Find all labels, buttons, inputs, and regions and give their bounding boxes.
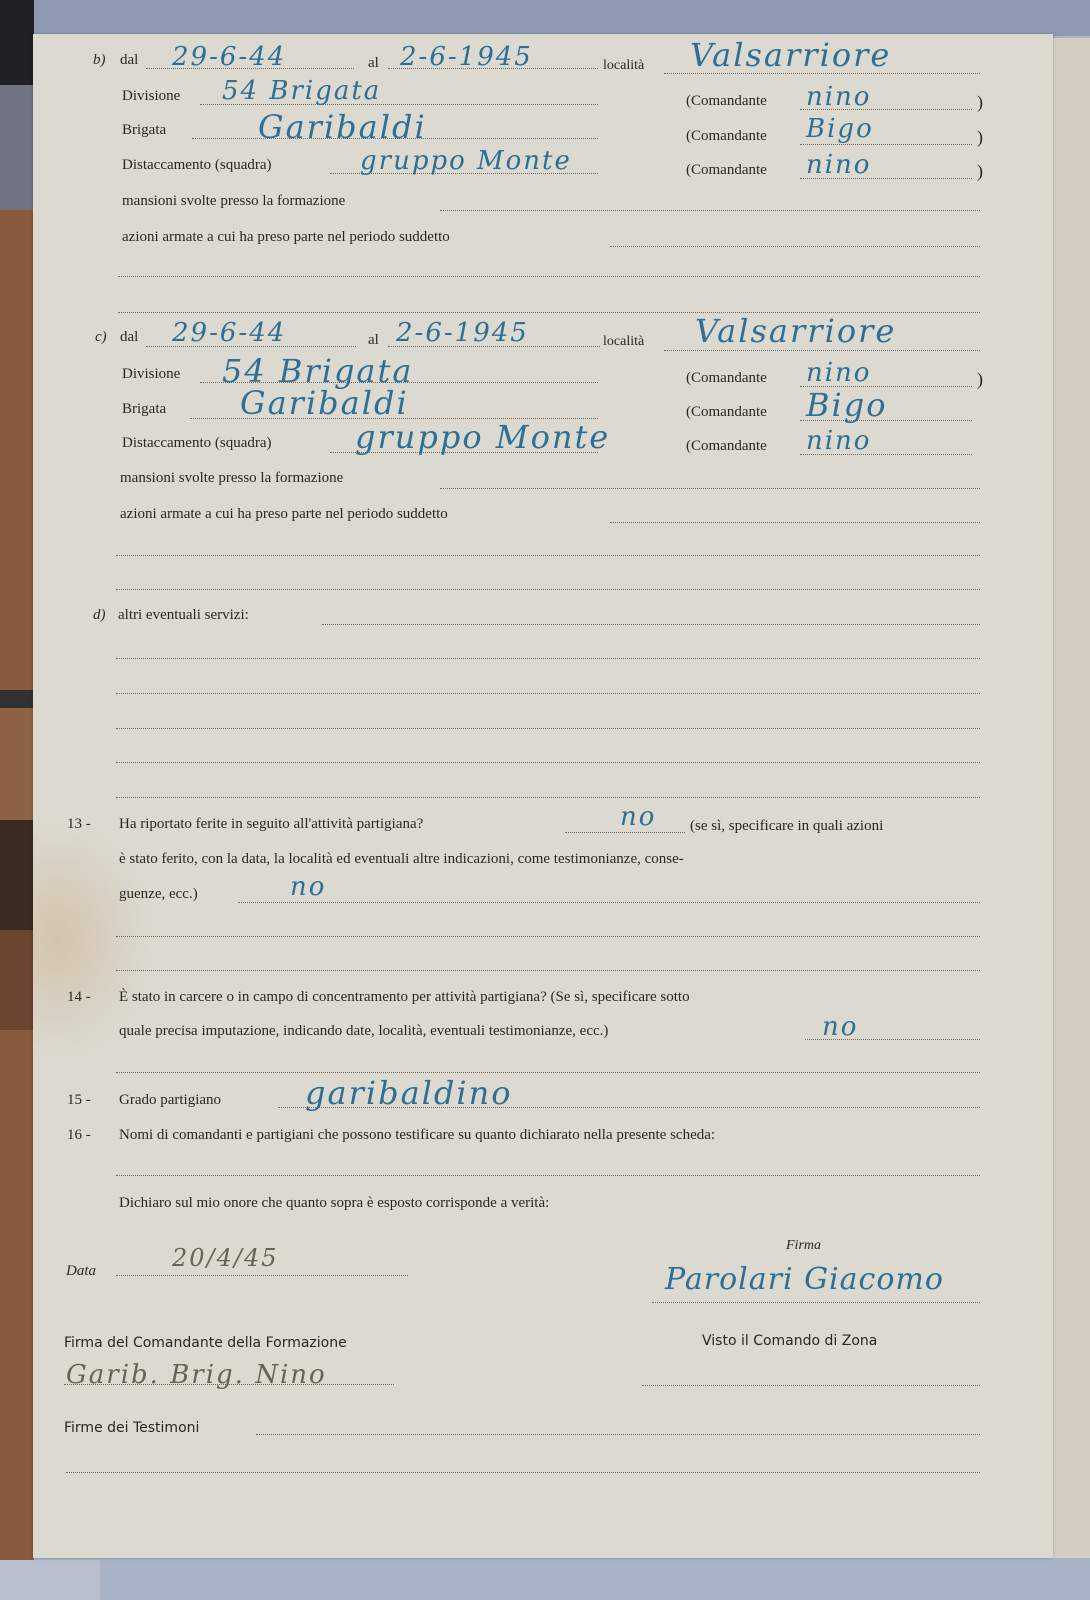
close-paren: ) xyxy=(977,161,983,182)
distaccamento-value[interactable]: gruppo Monte xyxy=(355,418,610,456)
al-value[interactable]: 2-6-1945 xyxy=(396,318,529,348)
testimoni-label: Firme dei Testimoni xyxy=(64,1420,199,1436)
section-letter: b) xyxy=(93,52,106,69)
divisione-label: Divisione xyxy=(122,366,180,383)
question-number: 13 - xyxy=(67,816,91,833)
azioni-label: azioni armate a cui ha preso parte nel p… xyxy=(122,229,450,246)
background-fabric xyxy=(0,85,34,210)
adjacent-page xyxy=(1052,38,1090,1558)
blank-line[interactable] xyxy=(116,555,980,556)
mansioni-field-line[interactable] xyxy=(440,210,980,211)
distaccamento-label: Distaccamento (squadra) xyxy=(122,435,272,452)
localita-field-line xyxy=(664,350,980,351)
localita-value[interactable]: Valsarriore xyxy=(690,36,891,74)
localita-value[interactable]: Valsarriore xyxy=(695,312,896,350)
brigata-label: Brigata xyxy=(122,122,166,139)
mansioni-label: mansioni svolte presso la formazione xyxy=(120,470,343,487)
divisione-label: Divisione xyxy=(122,88,180,105)
divisione-value[interactable]: 54 Brigata xyxy=(222,76,381,106)
blank-line[interactable] xyxy=(116,658,980,659)
book-binding xyxy=(0,1030,34,1560)
data-label: Data xyxy=(66,1263,96,1280)
answer-value[interactable]: no xyxy=(620,802,656,832)
comandante-brigata-value[interactable]: Bigo xyxy=(806,386,888,424)
blank-line[interactable] xyxy=(116,936,980,937)
book-binding xyxy=(0,708,34,820)
mansioni-label: mansioni svolte presso la formazione xyxy=(122,193,345,210)
blank-line[interactable] xyxy=(118,276,980,277)
blank-line[interactable] xyxy=(116,762,980,763)
section-letter: d) xyxy=(93,607,106,624)
dal-label: dal xyxy=(120,52,138,69)
question-text: quale precisa imputazione, indicando dat… xyxy=(119,1023,608,1040)
blank-line[interactable] xyxy=(116,1175,980,1176)
blank-line[interactable] xyxy=(116,970,980,971)
question-text-tail: (se sì, specificare in quali azioni xyxy=(690,818,883,835)
question-number: 16 - xyxy=(67,1127,91,1144)
question-number: 15 - xyxy=(67,1092,91,1109)
comandante-distaccamento-value[interactable]: nino xyxy=(806,150,871,180)
firma-field-line xyxy=(652,1302,980,1303)
signature[interactable]: Parolari Giacomo xyxy=(665,1262,944,1297)
book-binding xyxy=(0,930,34,1030)
answer-value[interactable]: garibaldino xyxy=(305,1074,512,1112)
comandante-divisione-value[interactable]: nino xyxy=(806,358,871,388)
comandante-label: (Comandante xyxy=(686,404,767,421)
brigata-label: Brigata xyxy=(122,401,166,418)
question-text: Ha riportato ferite in seguito all'attiv… xyxy=(119,816,423,833)
testimoni-signature-line[interactable] xyxy=(256,1434,980,1435)
azioni-field-line[interactable] xyxy=(610,522,980,523)
blank-line[interactable] xyxy=(116,1072,980,1073)
close-paren: ) xyxy=(977,92,983,113)
distaccamento-label: Distaccamento (squadra) xyxy=(122,157,272,174)
background-fabric-bottom xyxy=(0,1560,100,1600)
dal-value[interactable]: 29-6-44 xyxy=(172,42,286,72)
question-label: Nomi di comandanti e partigiani che poss… xyxy=(119,1127,715,1144)
azioni-label: azioni armate a cui ha preso parte nel p… xyxy=(120,506,448,523)
data-field-line xyxy=(116,1275,408,1276)
comandante-formazione-label: Firma del Comandante della Formazione xyxy=(64,1335,347,1351)
answer-field-line xyxy=(565,832,685,833)
blank-line[interactable] xyxy=(116,589,980,590)
blank-line[interactable] xyxy=(116,693,980,694)
comandante-label: (Comandante xyxy=(686,162,767,179)
answer-value[interactable]: no xyxy=(290,872,326,902)
question-label: Grado partigiano xyxy=(119,1092,221,1109)
form-page xyxy=(33,34,1053,1558)
localita-label: località xyxy=(603,334,644,350)
answer-value[interactable]: no xyxy=(822,1012,858,1042)
comandante-distaccamento-value[interactable]: nino xyxy=(806,426,871,456)
background-left xyxy=(0,0,34,85)
distaccamento-value[interactable]: gruppo Monte xyxy=(360,146,572,176)
close-paren: ) xyxy=(977,369,983,390)
dal-label: dal xyxy=(120,329,138,346)
comandante-divisione-value[interactable]: nino xyxy=(806,82,871,112)
brigata-value[interactable]: Garibaldi xyxy=(258,108,427,146)
data-value[interactable]: 20/4/45 xyxy=(172,1244,279,1272)
question-text: è stato ferito, con la data, la località… xyxy=(119,851,684,868)
comandante-brigata-value[interactable]: Bigo xyxy=(806,114,874,144)
al-label: al xyxy=(368,55,379,72)
section-letter: c) xyxy=(95,329,107,346)
localita-label: località xyxy=(603,58,644,74)
comandante-field-line xyxy=(800,144,972,145)
comandante-label: (Comandante xyxy=(686,370,767,387)
question-number: 14 - xyxy=(67,989,91,1006)
azioni-field-line[interactable] xyxy=(610,246,980,247)
comandante-signature[interactable]: Garib. Brig. Nino xyxy=(66,1360,327,1390)
mansioni-field-line[interactable] xyxy=(440,488,980,489)
al-value[interactable]: 2-6-1945 xyxy=(400,42,533,72)
question-text: È stato in carcere o in campo di concent… xyxy=(119,989,690,1006)
book-binding xyxy=(0,210,34,690)
brigata-value[interactable]: Garibaldi xyxy=(240,384,409,422)
book-binding xyxy=(0,690,34,708)
altri-servizi-field-line[interactable] xyxy=(322,624,980,625)
firma-label: Firma xyxy=(786,1238,821,1254)
question-text: guenze, ecc.) xyxy=(119,886,198,903)
visto-comando-label: Visto il Comando di Zona xyxy=(702,1333,877,1349)
al-label: al xyxy=(368,332,379,349)
visto-signature-line[interactable] xyxy=(642,1385,980,1386)
dal-value[interactable]: 29-6-44 xyxy=(172,318,286,348)
answer-field-line xyxy=(238,902,980,903)
blank-line[interactable] xyxy=(116,728,980,729)
background-top xyxy=(0,0,1090,36)
comandante-label: (Comandante xyxy=(686,438,767,455)
altri-servizi-label: altri eventuali servizi: xyxy=(118,607,249,624)
declaration-text: Dichiaro sul mio onore che quanto sopra … xyxy=(119,1195,549,1212)
blank-line[interactable] xyxy=(66,1472,980,1473)
blank-line[interactable] xyxy=(116,797,980,798)
close-paren: ) xyxy=(977,127,983,148)
comandante-label: (Comandante xyxy=(686,93,767,110)
comandante-label: (Comandante xyxy=(686,128,767,145)
book-binding xyxy=(0,820,34,930)
